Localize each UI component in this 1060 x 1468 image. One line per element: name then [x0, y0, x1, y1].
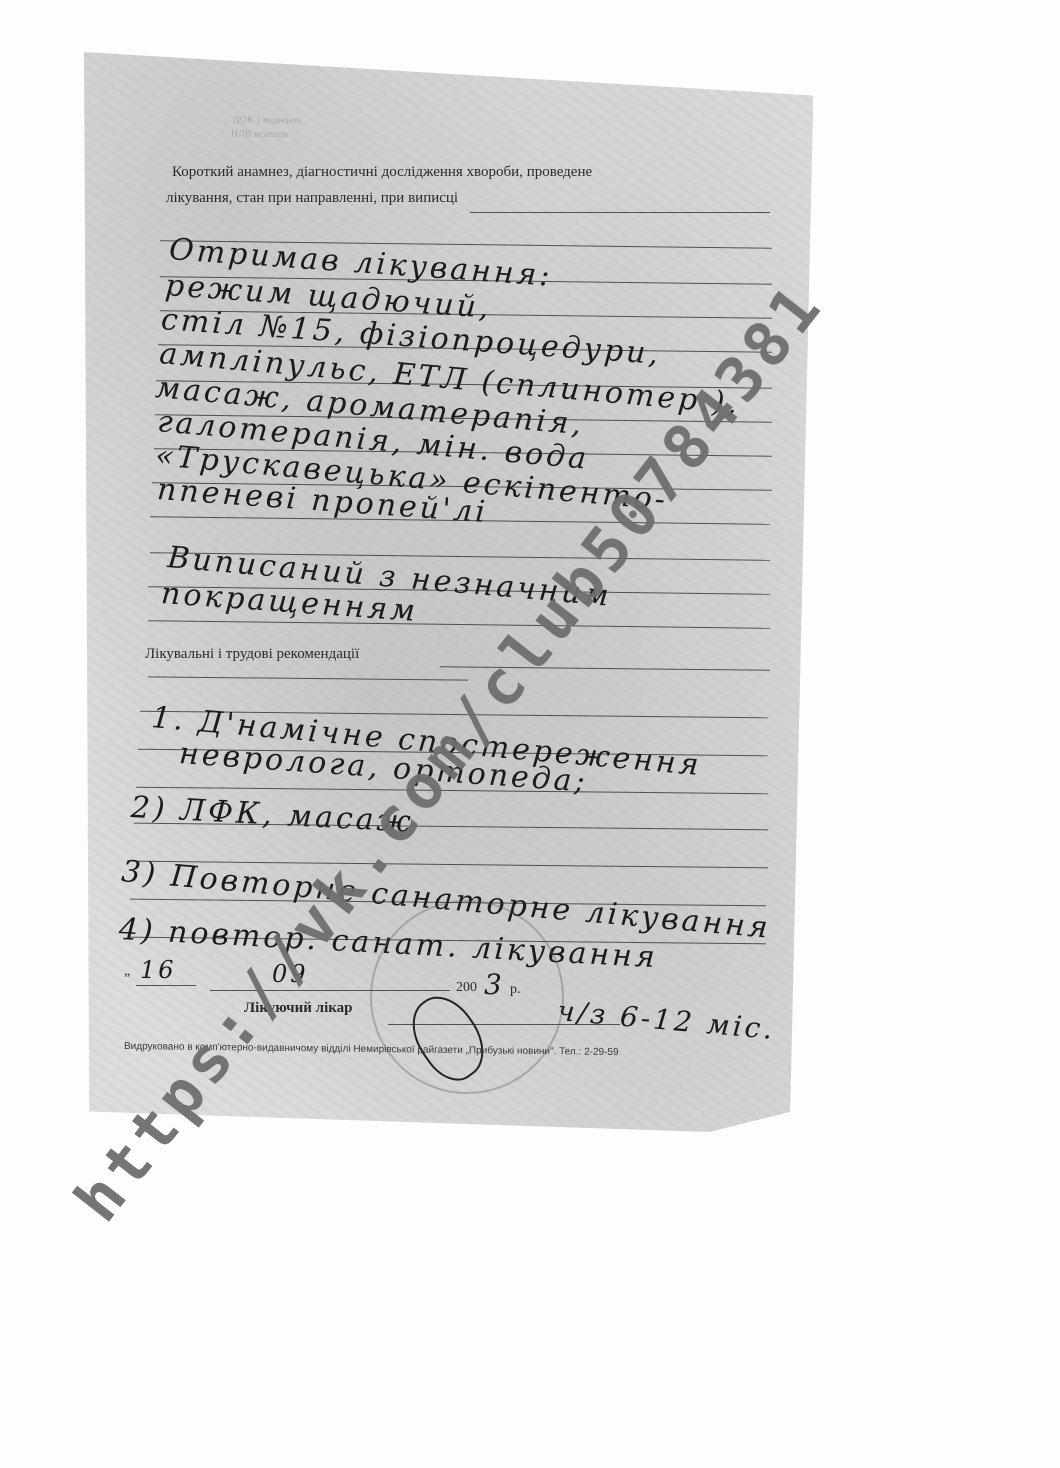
faded-header-line: НЛВ ведення — [231, 128, 288, 140]
anamnesis-label-line2: лікування, стан при направленні, при вип… — [166, 190, 458, 207]
faded-round-stamp — [370, 900, 564, 1094]
date-open-quote: „ — [124, 964, 130, 980]
recommendations-label: Лікувальні і трудові рекомендації — [145, 646, 359, 663]
date-day: 16 — [140, 956, 177, 984]
anamnesis-label-line1: Короткий анамнез, діагностичні досліджен… — [172, 164, 592, 181]
form-rule — [136, 985, 196, 986]
form-rule — [470, 212, 770, 213]
faded-header-line: ДОК з медичної — [233, 114, 302, 126]
